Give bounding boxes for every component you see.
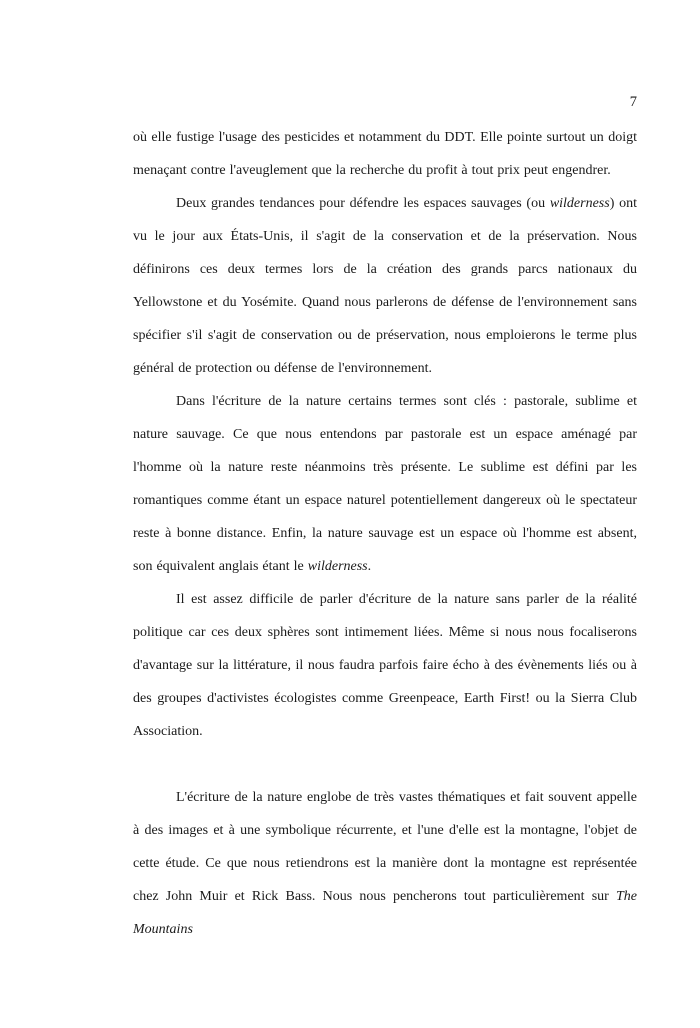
paragraph: Il est assez difficile de parler d'écrit… (133, 583, 637, 748)
text-run: ) ont vu le jour aux États-Unis, il s'ag… (133, 196, 637, 376)
italic-text-run: wilderness (550, 196, 610, 211)
text-run: L'écriture de la nature englobe de très … (133, 790, 637, 904)
text-run: Dans l'écriture de la nature certains te… (133, 394, 637, 574)
paragraph: L'écriture de la nature englobe de très … (133, 781, 637, 946)
document-page: 7 où elle fustige l'usage des pesticides… (0, 0, 700, 1028)
document-body: où elle fustige l'usage des pesticides e… (133, 121, 637, 946)
text-run: . (368, 559, 372, 574)
text-run: Deux grandes tendances pour défendre les… (176, 196, 550, 211)
text-run: où elle fustige l'usage des pesticides e… (133, 130, 637, 178)
text-run: Il est assez difficile de parler d'écrit… (133, 592, 637, 739)
paragraph: où elle fustige l'usage des pesticides e… (133, 121, 637, 187)
page-number: 7 (630, 93, 637, 111)
italic-text-run: wilderness (308, 559, 368, 574)
paragraph: Dans l'écriture de la nature certains te… (133, 385, 637, 583)
paragraph: Deux grandes tendances pour défendre les… (133, 187, 637, 385)
